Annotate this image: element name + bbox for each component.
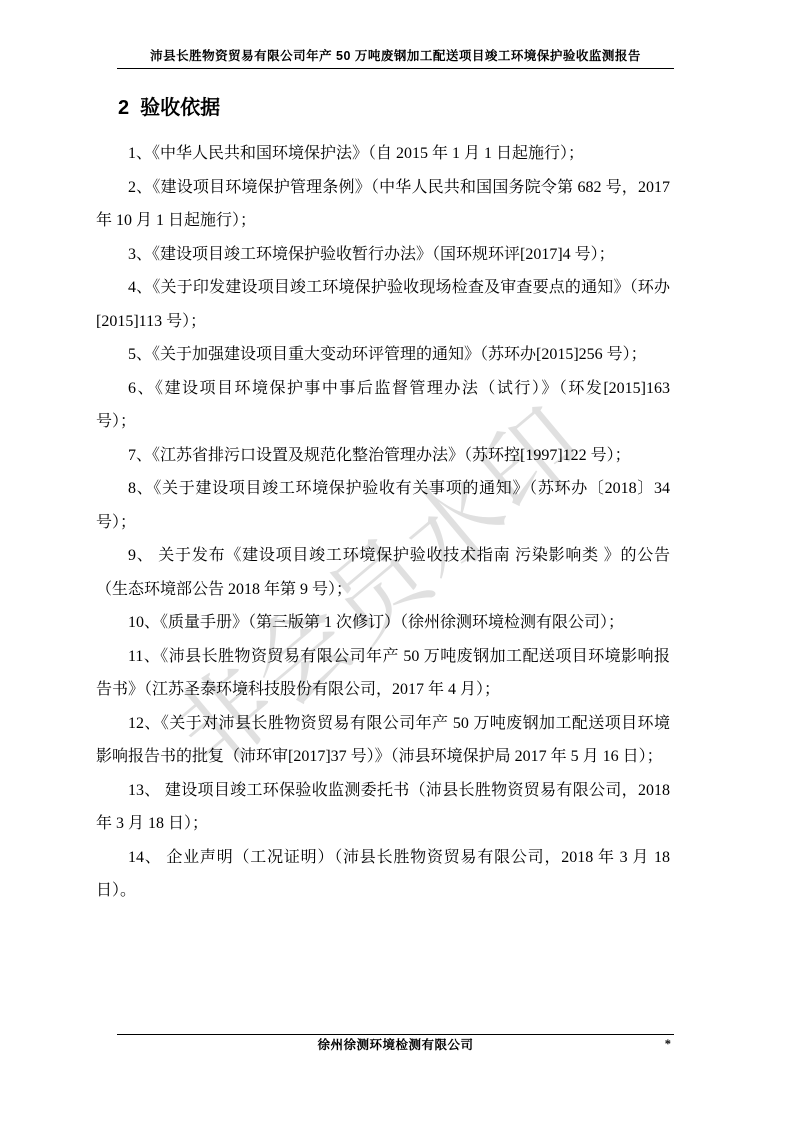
header-divider <box>117 68 674 69</box>
dependency-item: 1、《中华人民共和国环境保护法》（自 2015 年 1 月 1 日起施行）； <box>96 137 670 171</box>
dependency-item: 14、 企业声明（工况证明）（沛县长胜物资贸易有限公司，2018 年 3 月 1… <box>96 841 670 908</box>
section-title: 验收依据 <box>140 97 220 119</box>
dependency-list: 1、《中华人民共和国环境保护法》（自 2015 年 1 月 1 日起施行）；2、… <box>96 137 670 908</box>
dependency-item: 3、《建设项目竣工环境保护验收暂行办法》（国环规环评[2017]4 号）； <box>96 238 670 272</box>
running-header-title: 沛县长胜物资贸易有限公司年产 50 万吨废钢加工配送项目竣工环境保护验收监测报告 <box>117 48 674 64</box>
dependency-item: 5、《关于加强建设项目重大变动环评管理的通知》（苏环办[2015]256 号）； <box>96 338 670 372</box>
section-number: 2 <box>118 97 129 119</box>
dependency-item: 2、《建设项目环境保护管理条例》（中华人民共和国国务院令第 682 号，2017… <box>96 171 670 238</box>
footer-company-name: 徐州徐测环境检测有限公司 <box>117 1037 674 1054</box>
dependency-item: 13、 建设项目竣工环保验收监测委托书（沛县长胜物资贸易有限公司，2018 年 … <box>96 774 670 841</box>
page-number-mark: * <box>665 1036 671 1053</box>
footer-divider <box>117 1034 674 1035</box>
document-page: 非会员水印 沛县长胜物资贸易有限公司年产 50 万吨废钢加工配送项目竣工环境保护… <box>0 0 793 1122</box>
dependency-item: 10、《质量手册》（第三版第 1 次修订）（徐州徐测环境检测有限公司）； <box>96 606 670 640</box>
dependency-item: 11、《沛县长胜物资贸易有限公司年产 50 万吨废钢加工配送项目环境影响报告书》… <box>96 640 670 707</box>
dependency-item: 12、《关于对沛县长胜物资贸易有限公司年产 50 万吨废钢加工配送项目环境影响报… <box>96 707 670 774</box>
dependency-item: 8、《关于建设项目竣工环境保护验收有关事项的通知》（苏环办〔2018〕34 号）… <box>96 472 670 539</box>
page-footer: 徐州徐测环境检测有限公司 * <box>117 1034 674 1054</box>
dependency-item: 4、《关于印发建设项目竣工环境保护验收现场检查及审查要点的通知》（环办[2015… <box>96 271 670 338</box>
dependency-item: 6、《建设项目环境保护事中事后监督管理办法（试行）》（环发[2015]163 号… <box>96 372 670 439</box>
dependency-item: 9、 关于发布《建设项目竣工环境保护验收技术指南 污染影响类 》的公告（生态环境… <box>96 539 670 606</box>
page-content: 沛县长胜物资贸易有限公司年产 50 万吨废钢加工配送项目竣工环境保护验收监测报告… <box>0 48 793 908</box>
section-heading: 2验收依据 <box>118 95 793 121</box>
dependency-item: 7、《江苏省排污口设置及规范化整治管理办法》（苏环控[1997]122 号）； <box>96 439 670 473</box>
